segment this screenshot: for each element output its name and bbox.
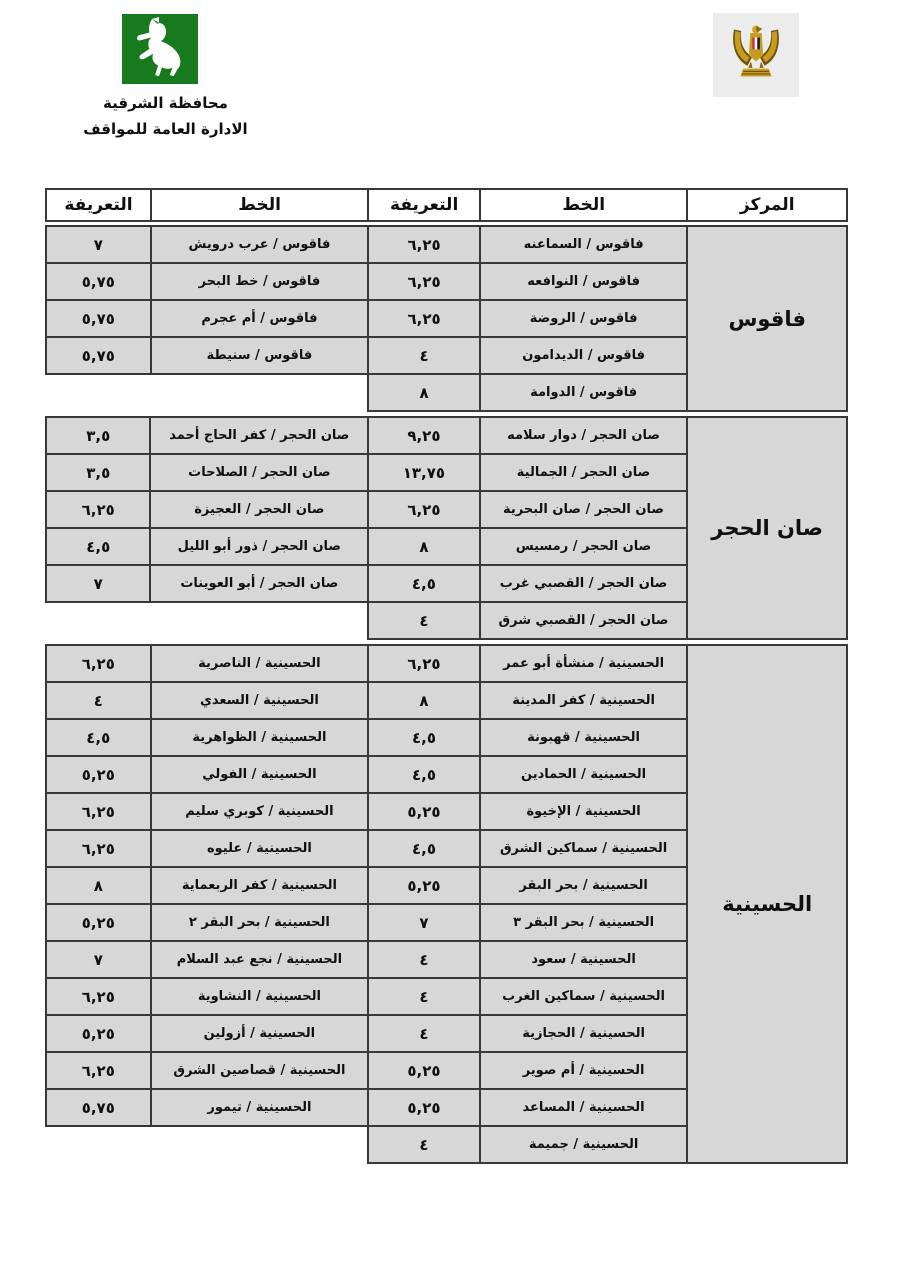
fare-cell: ٦,٢٥ — [368, 263, 480, 300]
line-cell: فاقوس / خط البحر — [151, 263, 369, 300]
fare-cell: ٧ — [46, 565, 150, 602]
line-cell: الحسينية / سماكين الشرق — [480, 830, 688, 867]
fare-cell: ٤ — [368, 941, 479, 978]
governorate-logo — [122, 14, 198, 84]
fare-cell: ٤,٥ — [46, 719, 151, 756]
eagle-emblem-box — [713, 13, 799, 97]
fare-cell: ٤,٥ — [368, 719, 479, 756]
fare-cell: ٥,٧٥ — [46, 263, 151, 300]
line-cell: الحسينية / تيمور — [151, 1089, 369, 1126]
line-cell: الحسينية / الناصرية — [151, 645, 369, 682]
fare-cell: ٦,٢٥ — [368, 300, 480, 337]
line-cell: صان الحجر / الجمالية — [480, 454, 688, 491]
fare-table-header: المركز الخط التعريفة الخط التعريفة — [45, 188, 848, 222]
fare-cell: ٣,٥ — [46, 454, 150, 491]
col-header-line-1: الخط — [480, 189, 687, 221]
horse-icon — [129, 16, 191, 82]
line-cell: فاقوس / أم عجرم — [151, 300, 369, 337]
fare-cell: ٦,٢٥ — [368, 645, 479, 682]
line-cell: الحسينية / أم صوير — [480, 1052, 688, 1089]
fare-cell: ٥,٢٥ — [46, 904, 151, 941]
fare-table: المركز الخط التعريفة الخط التعريفة فاقوس… — [45, 188, 848, 1168]
fare-cell: ٤,٥ — [368, 565, 479, 602]
fare-cell: ٣,٥ — [46, 417, 150, 454]
line-cell: الحسينية / النشاوية — [151, 978, 369, 1015]
fare-cell: ٦,٢٥ — [46, 645, 151, 682]
line-cell: الحسينية / بحر البقر — [480, 867, 688, 904]
col-header-fare-2: التعريفة — [46, 189, 151, 221]
line-cell: الحسينية / الظواهرية — [151, 719, 369, 756]
line-cell: صان الحجر / الصلاحات — [150, 454, 368, 491]
line-cell: الحسينية / الإخيوة — [480, 793, 688, 830]
line-cell: الحسينية / سماكين الغرب — [480, 978, 688, 1015]
section-table-1: صان الحجرصان الحجر / دوار سلامه٩,٢٥صان ا… — [45, 416, 848, 640]
line-cell: الحسينية / المساعد — [480, 1089, 688, 1126]
fare-cell: ٥,٢٥ — [368, 793, 479, 830]
fare-cell: ٨ — [368, 528, 479, 565]
fare-cell: ٤ — [46, 682, 151, 719]
fare-cell: ٦,٢٥ — [46, 491, 150, 528]
fare-cell: ٦,٢٥ — [46, 978, 151, 1015]
fare-cell: ٧ — [46, 226, 151, 263]
fare-cell: ٤,٥ — [46, 528, 150, 565]
fare-cell: ٤,٥ — [368, 830, 479, 867]
fare-cell: ٤ — [368, 978, 479, 1015]
fare-cell: ٩,٢٥ — [368, 417, 479, 454]
fare-cell: ٨ — [46, 867, 151, 904]
fare-cell: ٨ — [368, 682, 479, 719]
col-header-markaz: المركز — [687, 189, 847, 221]
line-cell: الحسينية / كفر الربعماية — [151, 867, 369, 904]
line-cell: صان الحجر / القصبي شرق — [480, 602, 688, 639]
fare-cell: ٥,٢٥ — [368, 867, 479, 904]
fare-cell: ٤ — [368, 1015, 479, 1052]
markaz-cell: الحسينية — [687, 645, 847, 1163]
line-cell: صان الحجر / القصبي غرب — [480, 565, 688, 602]
line-cell: الحسينية / الحجازية — [480, 1015, 688, 1052]
line-cell: الحسينية / بحر البقر ٢ — [151, 904, 369, 941]
line-cell: فاقوس / سنيطة — [151, 337, 369, 374]
line-cell: الحسينية / أزولين — [151, 1015, 369, 1052]
fare-cell: ٦,٢٥ — [46, 1052, 151, 1089]
line-cell: الحسينية / قهبونة — [480, 719, 688, 756]
line-cell: الحسينية / الفولي — [151, 756, 369, 793]
line-cell: الحسينية / عليوه — [151, 830, 369, 867]
line-cell: فاقوس / الدوامة — [480, 374, 688, 411]
fare-cell: ٦,٢٥ — [368, 491, 479, 528]
line-cell: صان الحجر / ذور أبو الليل — [150, 528, 368, 565]
fare-cell: ٤ — [368, 1126, 479, 1163]
line-cell: فاقوس / السماعنه — [480, 226, 688, 263]
fare-cell: ٤ — [368, 337, 480, 374]
line-cell: الحسينية / السعدي — [151, 682, 369, 719]
fare-cell: ٥,٧٥ — [46, 337, 151, 374]
fare-cell: ٧ — [46, 941, 151, 978]
line-cell: فاقوس / النوافعه — [480, 263, 688, 300]
line-cell: الحسينية / بحر البقر ٣ — [480, 904, 688, 941]
fare-cell: ٦,٢٥ — [46, 793, 151, 830]
markaz-cell: صان الحجر — [687, 417, 847, 639]
fare-cell: ٥,٢٥ — [368, 1052, 479, 1089]
fare-cell: ٤,٥ — [368, 756, 479, 793]
fare-cell: ٥,٧٥ — [46, 1089, 151, 1126]
col-header-line-2: الخط — [151, 189, 368, 221]
table-row: الحسينيةالحسينية / منشأة أبو عمر٦,٢٥الحس… — [46, 645, 847, 682]
line-cell: الحسينية / سعود — [480, 941, 688, 978]
fare-cell: ٥,٢٥ — [46, 1015, 151, 1052]
line-cell: صان الحجر / كفر الحاج أحمد — [150, 417, 368, 454]
fare-cell: ٧ — [368, 904, 479, 941]
fare-cell: ٥,٢٥ — [368, 1089, 479, 1126]
org-name-line2: الادارة العامة للمواقف — [78, 120, 253, 138]
table-row: صان الحجرصان الحجر / دوار سلامه٩,٢٥صان ا… — [46, 417, 847, 454]
empty-area — [46, 1126, 368, 1163]
line-cell: فاقوس / الديدامون — [480, 337, 688, 374]
line-cell: الحسينية / قصاصين الشرق — [151, 1052, 369, 1089]
line-cell: صان الحجر / رمسيس — [480, 528, 688, 565]
fare-cell: ١٣,٧٥ — [368, 454, 479, 491]
col-header-fare-1: التعريفة — [368, 189, 480, 221]
fare-cell: ٦,٢٥ — [368, 226, 480, 263]
line-cell: الحسينية / كفر المدينة — [480, 682, 688, 719]
line-cell: صان الحجر / صان البحرية — [480, 491, 688, 528]
line-cell: صان الحجر / أبو العوينات — [150, 565, 368, 602]
scanned-fare-document: محافظة الشرقية الادارة العامة للمواقف — [0, 0, 905, 1280]
section-table-0: فاقوسفاقوس / السماعنه٦,٢٥فاقوس / عرب درو… — [45, 225, 848, 412]
fare-cell: ٥,٧٥ — [46, 300, 151, 337]
section-table-2: الحسينيةالحسينية / منشأة أبو عمر٦,٢٥الحس… — [45, 644, 848, 1164]
line-cell: الحسينية / نجع عبد السلام — [151, 941, 369, 978]
line-cell: الحسينية / منشأة أبو عمر — [480, 645, 688, 682]
table-row: فاقوسفاقوس / السماعنه٦,٢٥فاقوس / عرب درو… — [46, 226, 847, 263]
egypt-eagle-icon — [724, 21, 788, 89]
line-cell: فاقوس / الروضة — [480, 300, 688, 337]
fare-cell: ٤ — [368, 602, 479, 639]
line-cell: الحسينية / جميمة — [480, 1126, 688, 1163]
fare-cell: ٨ — [368, 374, 480, 411]
fare-cell: ٥,٢٥ — [46, 756, 151, 793]
line-cell: صان الحجر / العجيزة — [150, 491, 368, 528]
empty-area — [46, 374, 368, 411]
org-name-line1: محافظة الشرقية — [88, 94, 243, 112]
line-cell: صان الحجر / دوار سلامه — [480, 417, 688, 454]
fare-table-sections: فاقوسفاقوس / السماعنه٦,٢٥فاقوس / عرب درو… — [45, 225, 848, 1164]
empty-area — [46, 602, 368, 639]
fare-cell: ٦,٢٥ — [46, 830, 151, 867]
line-cell: الحسينية / كوبري سليم — [151, 793, 369, 830]
line-cell: الحسينية / الحمادين — [480, 756, 688, 793]
markaz-cell: فاقوس — [687, 226, 847, 411]
line-cell: فاقوس / عرب درويش — [151, 226, 369, 263]
